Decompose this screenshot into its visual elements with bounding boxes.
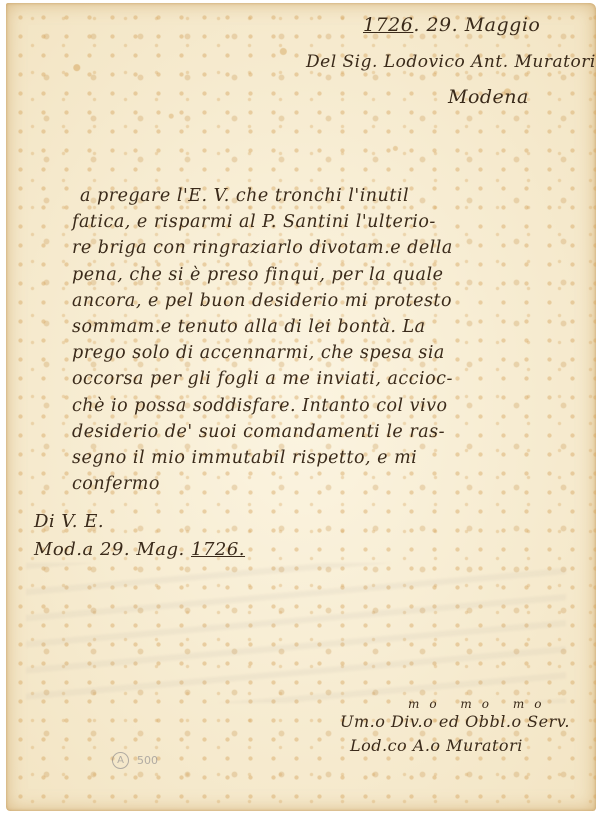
- closing-place: Mod.a: [34, 539, 94, 560]
- body-line: sommam.e tenuto alla di lei bontà. La: [72, 314, 453, 340]
- archive-pencil-mark: A 500: [112, 752, 158, 769]
- closing-month: Mag.: [136, 539, 184, 560]
- letter-closing: Di V. E. Mod.a 29. Mag. 1726.: [34, 508, 245, 564]
- closing-salutation: Di V. E.: [34, 508, 245, 536]
- header-year: 1726: [363, 14, 413, 36]
- body-line: a pregare l'E. V. che tronchi l'inutil: [72, 183, 453, 209]
- letter-date-header: 1726. 29. Maggio: [363, 14, 540, 36]
- body-line: prego solo di accennarmi, che spesa sia: [72, 340, 453, 366]
- body-line: re briga con ringraziarlo divotam.e dell…: [72, 235, 453, 261]
- closing-year: 1726.: [191, 539, 245, 560]
- body-line: segno il mio immutabil rispetto, e mi: [72, 445, 453, 471]
- signature-name: Lod.co A.o Muratori: [350, 736, 523, 755]
- body-line: fatica, e risparmi al P. Santini l'ulter…: [72, 209, 453, 235]
- header-date: 29. Maggio: [426, 14, 540, 36]
- closing-dateline: Mod.a 29. Mag. 1726.: [34, 536, 245, 564]
- body-line: confermo: [72, 471, 453, 497]
- body-line: desiderio de' suoi comandamenti le ras-: [72, 419, 453, 445]
- body-line: occorsa per gli fogli a me inviati, acci…: [72, 366, 453, 392]
- letter-sender: Del Sig. Lodovico Ant. Muratori: [306, 52, 596, 72]
- signature-superscripts: mo mo mo: [408, 697, 551, 711]
- letter-body: a pregare l'E. V. che tronchi l'inutil f…: [72, 183, 453, 497]
- body-line: ancora, e pel buon desiderio mi protesto: [72, 288, 453, 314]
- closing-day: 29.: [100, 539, 130, 560]
- signature-formula: Um.o Div.o ed Obbl.o Serv.: [340, 712, 570, 731]
- bleed-through-ink: [26, 563, 566, 703]
- letter-city: Modena: [448, 86, 529, 108]
- circled-letter-icon: A: [112, 752, 129, 769]
- archive-number: 500: [137, 754, 158, 767]
- body-line: chè io possa soddisfare. Intanto col viv…: [72, 393, 453, 419]
- body-line: pena, che si è preso finqui, per la qual…: [72, 262, 453, 288]
